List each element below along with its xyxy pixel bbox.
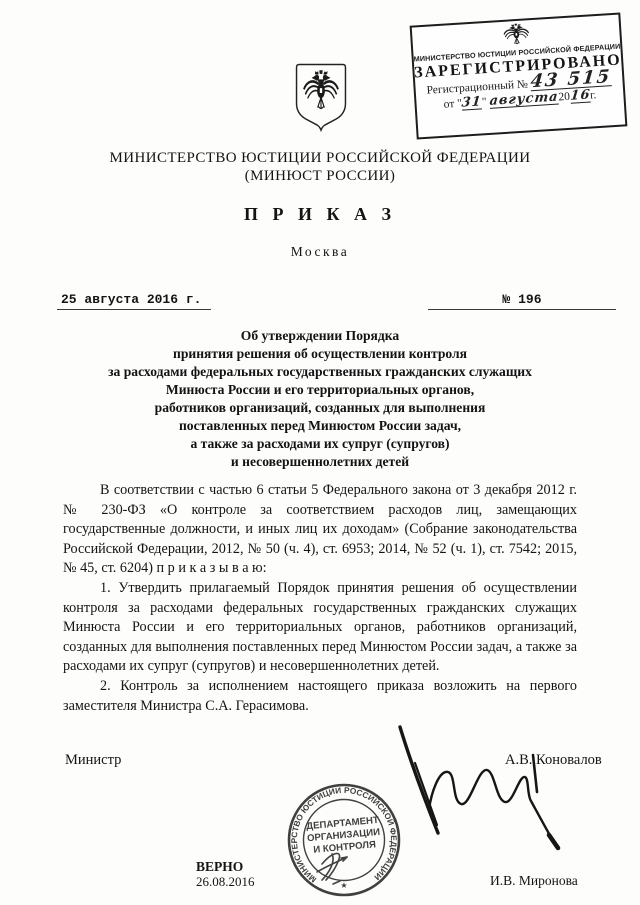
title-line: принятия решения об осуществлении контро… [40, 345, 600, 363]
preamble-paragraph: В соответствии с частью 6 статьи 5 Федер… [63, 481, 577, 579]
document-number: № 196 [428, 292, 616, 310]
title-line: и несовершеннолетних детей [40, 453, 600, 471]
title-line: работников организаций, созданных для вы… [40, 399, 600, 417]
coat-of-arms-icon [501, 22, 530, 48]
title-line: а также за расходами их супруг (супругов… [40, 435, 600, 453]
document-page: МИНИСТЕРСТВО ЮСТИЦИИ РОССИЙСКОЙ ФЕДЕРАЦИ… [0, 0, 640, 905]
department-round-stamp: МИНИСТЕРСТВО ЮСТИЦИИ РОССИЙСКОЙ ФЕДЕРАЦИ… [284, 780, 404, 900]
ministry-name: МИНИСТЕРСТВО ЮСТИЦИИ РОССИЙСКОЙ ФЕДЕРАЦИ… [0, 150, 640, 167]
registration-stamp-box: МИНИСТЕРСТВО ЮСТИЦИИ РОССИЙСКОЙ ФЕДЕРАЦИ… [410, 12, 628, 139]
minister-signature [393, 713, 573, 863]
certification-date: 26.08.2016 [196, 874, 255, 890]
order-body: В соответствии с частью 6 статьи 5 Федер… [63, 481, 577, 716]
order-item-1: 1. Утвердить прилагаемый Порядок приняти… [63, 579, 577, 677]
reg-date-prefix: от " [443, 98, 462, 111]
reg-date-day-handwritten: 31 [461, 94, 482, 110]
reg-number-handwritten: 43 515 [530, 71, 612, 88]
city-label: Москва [0, 244, 640, 260]
title-line: Минюста России и его территориальных орг… [40, 381, 600, 399]
state-emblem-shield [292, 63, 350, 133]
certified-true-label: ВЕРНО [196, 859, 243, 875]
title-line: поставленных перед Минюстом России задач… [40, 417, 600, 435]
order-title: Об утверждении Порядка принятия решения … [40, 327, 600, 471]
reg-date-year-printed: 20 [558, 91, 570, 104]
reg-date-year-handwritten: 16 [569, 87, 590, 103]
title-line: за расходами федеральных государственных… [40, 363, 600, 381]
document-type-title: П Р И К А З [0, 204, 640, 225]
reg-date-month-handwritten: августа [489, 89, 559, 108]
title-line: Об утверждении Порядка [40, 327, 600, 345]
stamp-star-separator: ★ [340, 881, 347, 890]
reg-date-midquote: " [482, 96, 487, 108]
signer-position: Министр [65, 752, 121, 769]
order-item-2: 2. Контроль за исполнением настоящего пр… [63, 677, 577, 716]
certifier-name: И.В. Миронова [490, 873, 578, 889]
document-date: 25 августа 2016 г. [57, 292, 211, 310]
ministry-short-name: (МИНЮСТ РОССИИ) [0, 168, 640, 185]
